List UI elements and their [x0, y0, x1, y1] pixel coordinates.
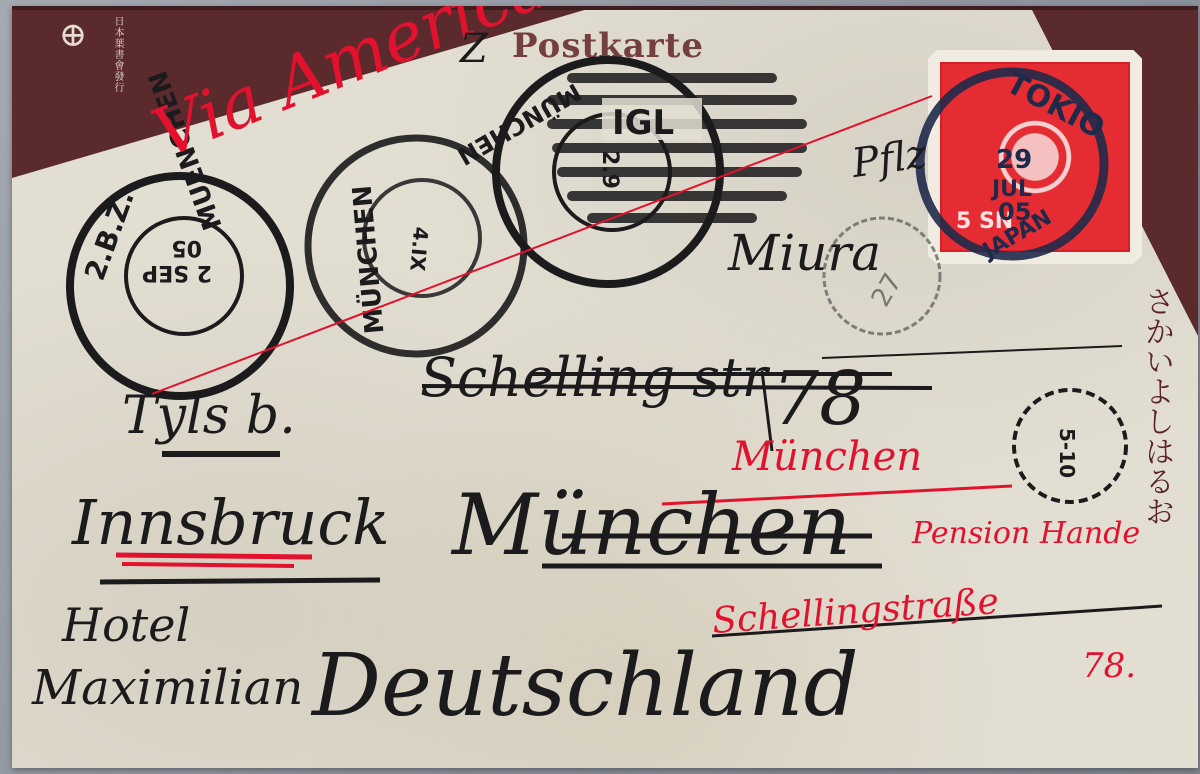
addressee-name: Miura	[728, 224, 881, 282]
left-address-line-1: Tyls b.	[122, 386, 296, 446]
muenchen-1-date: 2 SEP	[142, 260, 212, 285]
postcard: ⊕ 日本葉書會發行 Postkarte 5 SN TOKIO 29 JUL 05…	[12, 6, 1198, 768]
red-forward-city: München	[732, 434, 922, 480]
red-forward-pension: Pension Hande	[912, 516, 1140, 551]
tokio-date-day: 29	[996, 145, 1032, 175]
city-struck: München	[452, 476, 851, 574]
muenchen-2-date: 4.IX	[405, 226, 433, 273]
left-address-line-3: Hotel	[62, 598, 190, 652]
underline-innsbruck-black	[100, 580, 380, 582]
left-address-line-2: Innsbruck	[72, 486, 390, 559]
right-ruler	[822, 346, 1122, 358]
japanese-vertical-text: さかいよしはるお	[1134, 286, 1178, 526]
underline-innsbruck-red-2	[122, 564, 294, 566]
country-text: Deutschland	[312, 636, 859, 736]
muenchen-1-year: 05	[171, 235, 202, 260]
faint-right-date: 5-10	[1055, 428, 1079, 478]
red-forward-number: 78.	[1082, 646, 1136, 686]
muenchen-1-extra: 2.B.Z.	[78, 186, 141, 285]
left-address-line-4: Maximilian	[32, 660, 303, 716]
barred-oval-code: IGL	[612, 103, 674, 143]
street-struck: Schelling str	[420, 346, 768, 409]
note-top: Z	[460, 26, 488, 72]
house-number: 78	[772, 356, 866, 442]
